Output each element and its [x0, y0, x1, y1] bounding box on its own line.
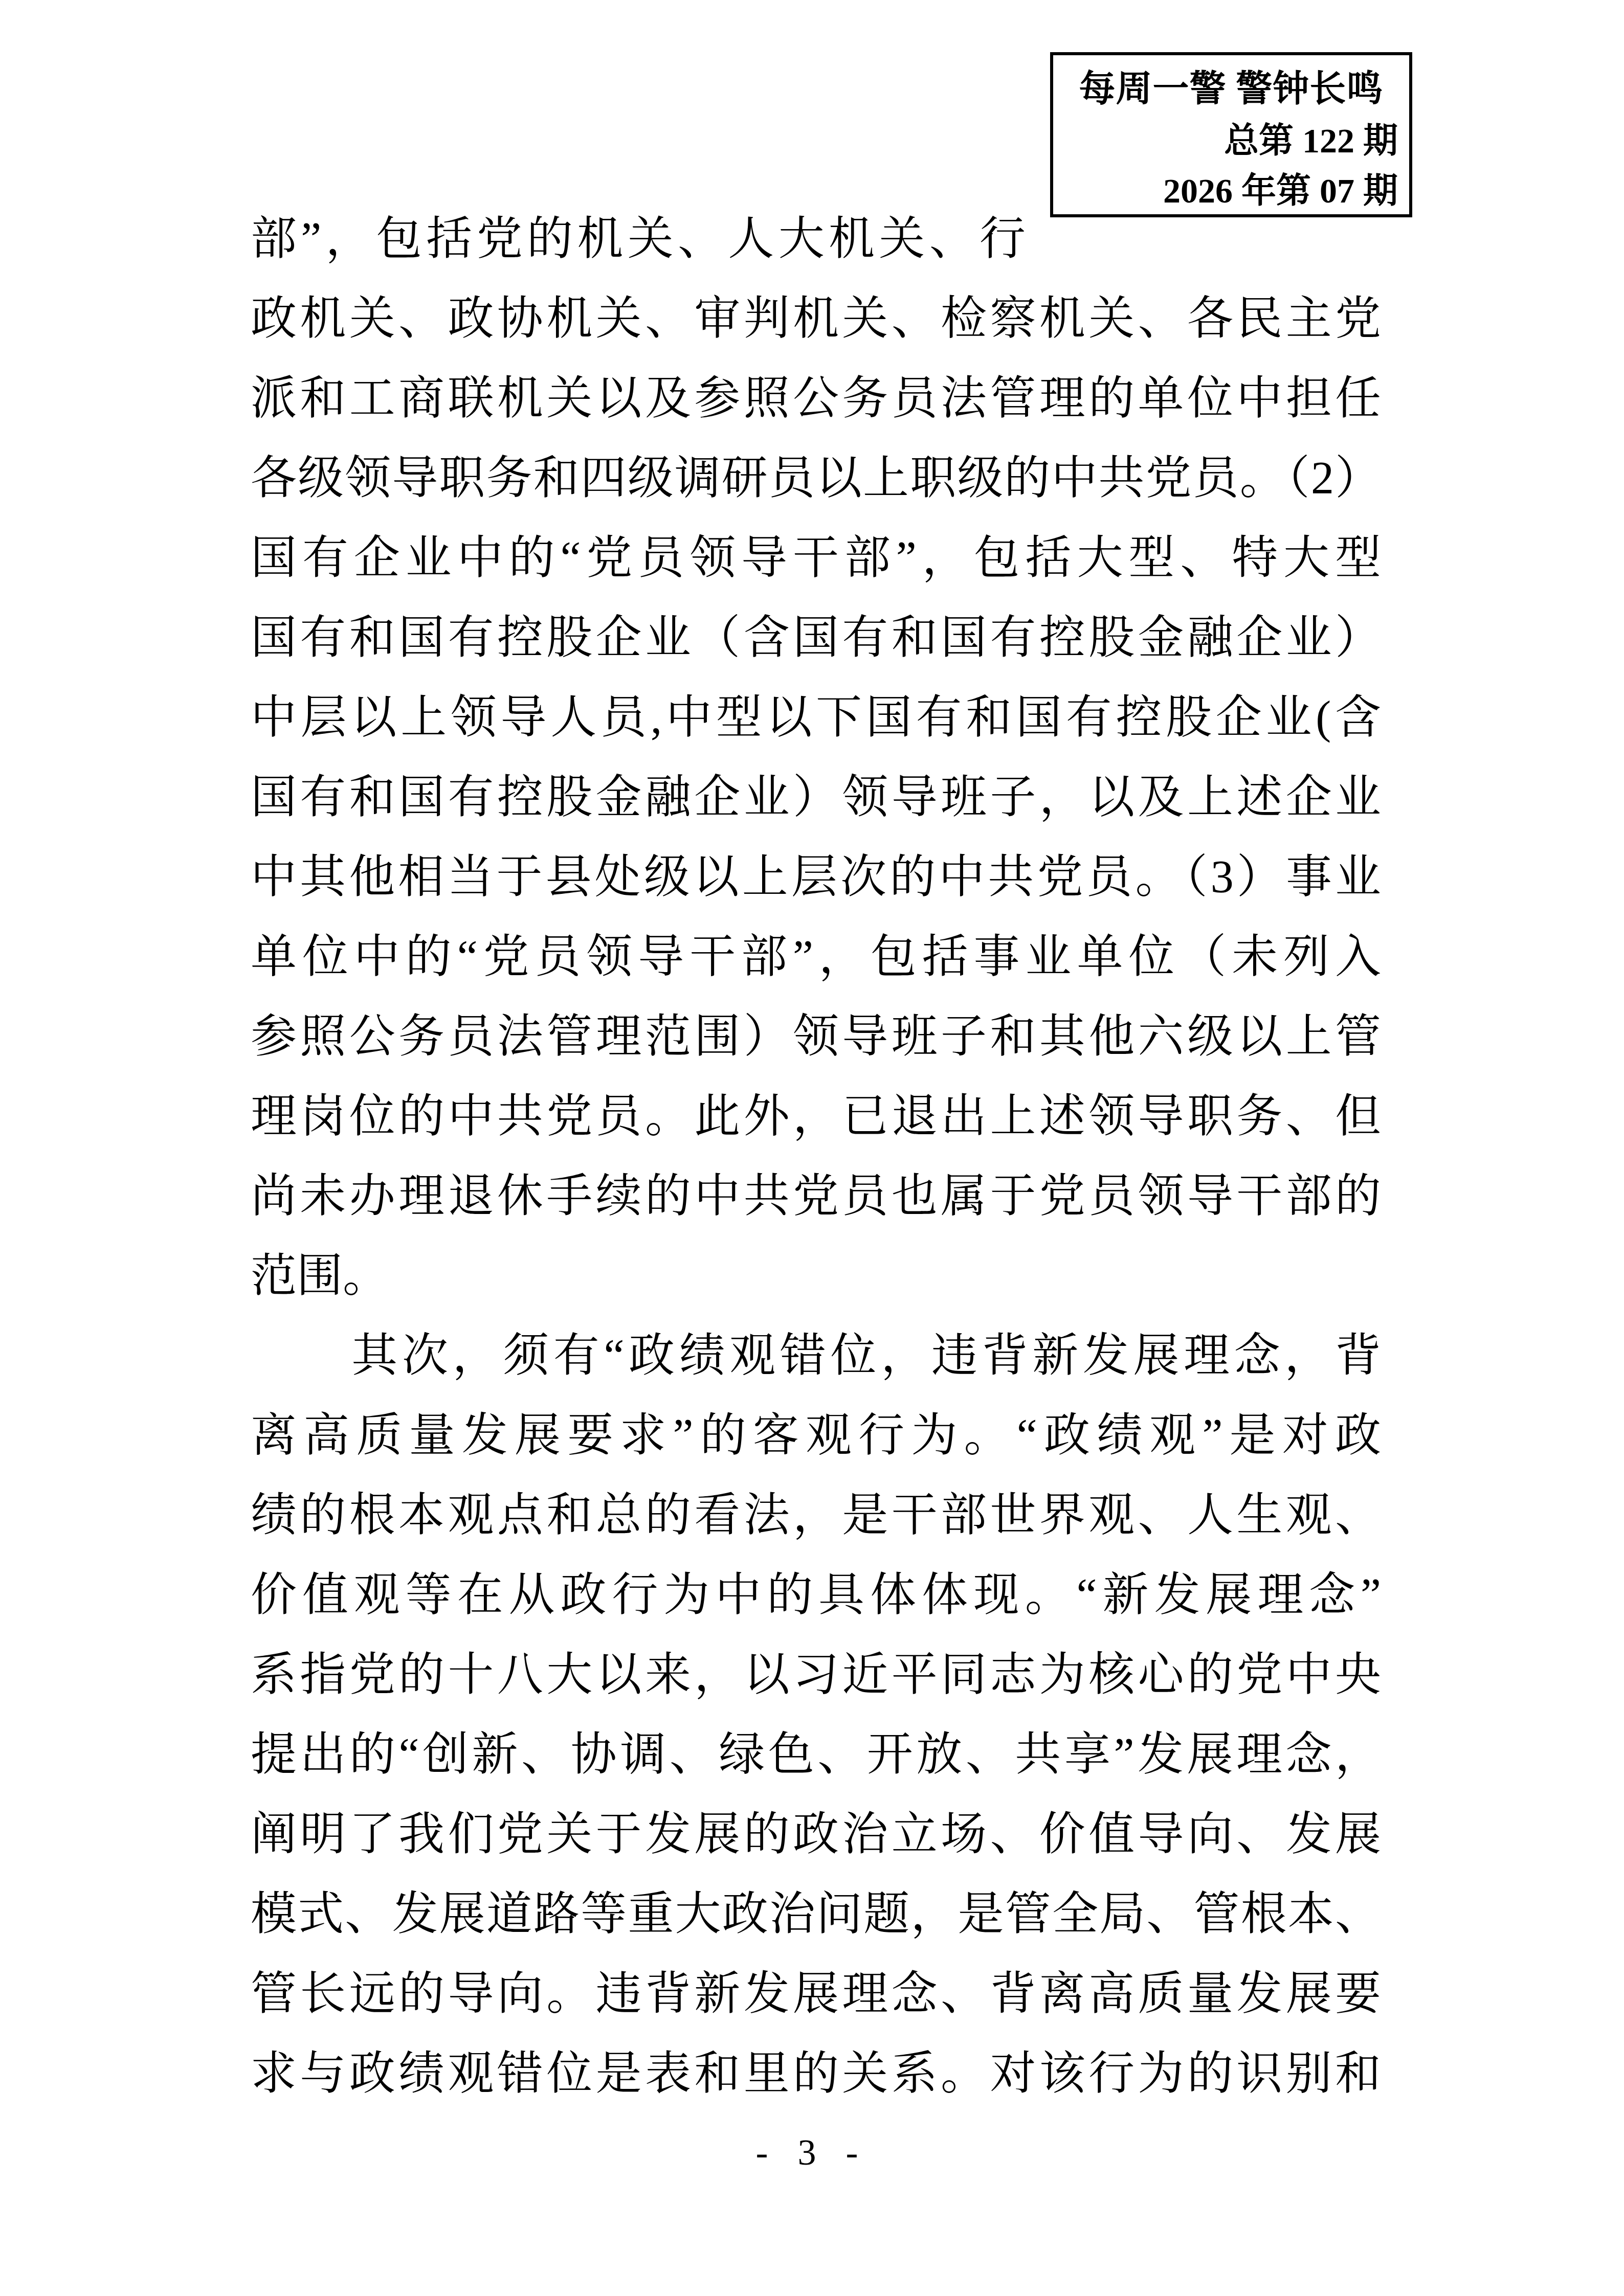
body-line: 中其他相当于县处级以上层次的中共党员。（3）事业	[251, 838, 1381, 917]
body-line: 派和工商联机关以及参照公务员法管理的单位中担任	[251, 359, 1381, 439]
body-line: 求与政绩观错位是表和里的关系。对该行为的识别和	[251, 2034, 1381, 2114]
body-line: 价值观等在从政行为中的具体体现。“新发展理念”	[251, 1556, 1381, 1635]
body-line: 政机关、政协机关、审判机关、检察机关、各民主党	[251, 279, 1381, 359]
body-line: 中层以上领导人员,中型以下国有和国有控股企业(含	[251, 678, 1381, 758]
masthead-title: 每周一警 警钟长鸣	[1053, 62, 1409, 116]
body-line: 其次，须有“政绩观错位，违背新发展理念，背	[251, 1316, 1381, 1396]
masthead-box: 每周一警 警钟长鸣 总第 122 期 2026 年第 07 期	[1050, 52, 1412, 217]
body-line: 单位中的“党员领导干部”，包括事业单位（未列入	[251, 917, 1381, 997]
body-text-block: 部”，包括党的机关、人大机关、行 政机关、政协机关、审判机关、检察机关、各民主党…	[251, 199, 1381, 2114]
document-page: { "masthead": { "title": "每周一警 警钟长鸣", "i…	[0, 0, 1624, 2296]
body-line: 部”，包括党的机关、人大机关、行	[251, 199, 1026, 279]
body-line: 模式、发展道路等重大政治问题，是管全局、管根本、	[251, 1875, 1381, 1954]
body-line: 国有企业中的“党员领导干部”，包括大型、特大型	[251, 519, 1381, 598]
body-line: 系指党的十八大以来，以习近平同志为核心的党中央	[251, 1635, 1381, 1715]
body-line: 范围。	[251, 1236, 1381, 1316]
body-line: 参照公务员法管理范围）领导班子和其他六级以上管	[251, 997, 1381, 1077]
body-line: 绩的根本观点和总的看法，是干部世界观、人生观、	[251, 1476, 1381, 1556]
body-line: 理岗位的中共党员。此外，已退出上述领导职务、但	[251, 1077, 1381, 1157]
body-line: 尚未办理退休手续的中共党员也属于党员领导干部的	[251, 1157, 1381, 1236]
body-line: 管长远的导向。违背新发展理念、背离高质量发展要	[251, 1954, 1381, 2034]
body-line: 离高质量发展要求”的客观行为。“政绩观”是对政	[251, 1396, 1381, 1476]
body-line: 提出的“创新、协调、绿色、开放、共享”发展理念，	[251, 1715, 1381, 1795]
body-line: 国有和国有控股金融企业）领导班子，以及上述企业	[251, 758, 1381, 838]
body-line: 阐明了我们党关于发展的政治立场、价值导向、发展	[251, 1795, 1381, 1875]
masthead-issue-total: 总第 122 期	[1053, 116, 1409, 166]
body-line: 各级领导职务和四级调研员以上职级的中共党员。（2）	[251, 439, 1381, 519]
page-number: - 3 -	[0, 2131, 1624, 2174]
body-line: 国有和国有控股企业（含国有和国有控股金融企业）	[251, 598, 1381, 678]
